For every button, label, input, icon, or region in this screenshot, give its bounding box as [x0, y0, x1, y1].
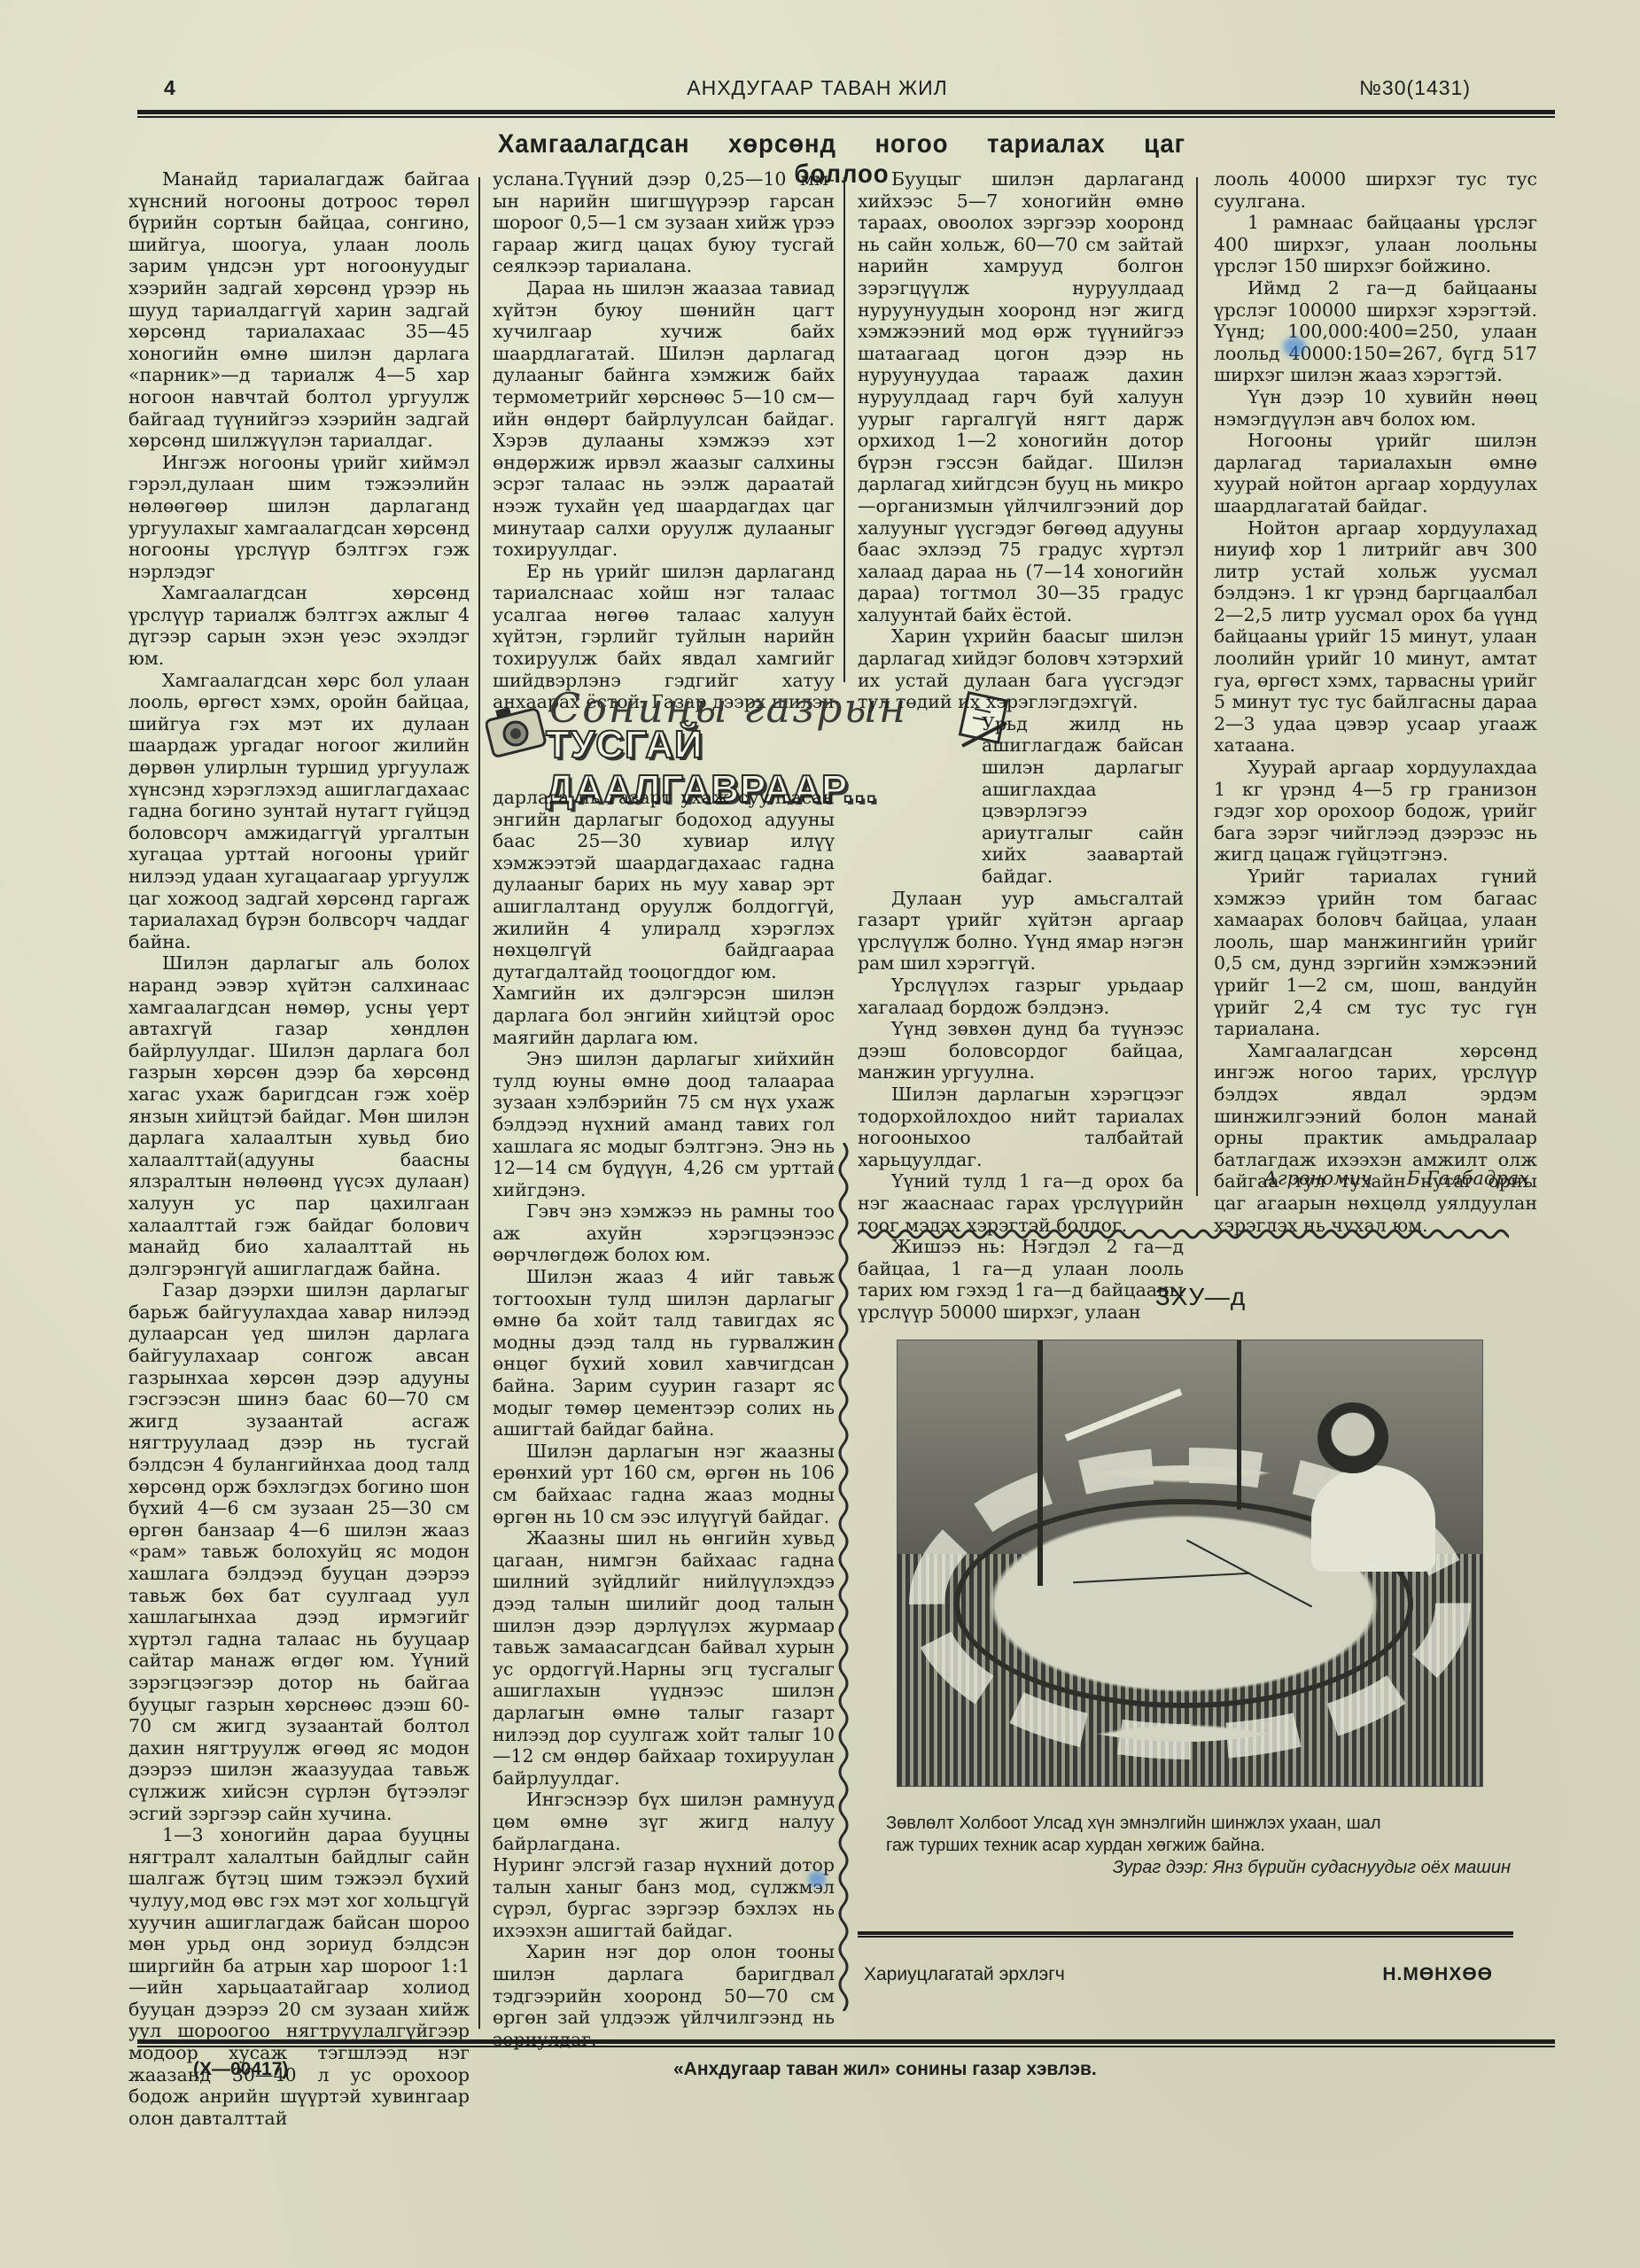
paragraph: Шилэн дарлагын нэг жаазны ерөнхий урт 16… — [493, 1441, 835, 1527]
editor-block: Хариуцлагатай эрхлэгч Н.МӨНХӨӨ — [864, 1964, 1493, 1985]
article-column-2-bottom: дарлага нь газарт ухаж суулгасан энгийн … — [493, 787, 835, 2050]
newspaper-name: АНХДУГААР ТАВАН ЖИЛ — [164, 76, 1471, 100]
ink-stain — [1283, 337, 1306, 356]
caption-line: Зөвлөлт Холбоот Улсад хүн эмнэлгийн шинж… — [886, 1813, 1511, 1835]
editor-name: Н.МӨНХӨӨ — [1382, 1964, 1493, 1985]
paragraph: Хуурай аргаар хордуулахдаа 1 кг үрэнд 4—… — [1214, 757, 1537, 866]
paragraph: Шилэн дарлагын хэрэгцээг тодорхойлохдоо … — [858, 1084, 1184, 1170]
photo-spinning-machine — [897, 1340, 1483, 1787]
paragraph: Гэвч энэ хэмжээ нь рамны тоо аж ахуйн хэ… — [493, 1200, 835, 1266]
editor-label: Хариуцлагатай эрхлэгч — [864, 1964, 1065, 1984]
paragraph: Нойтон аргаар хордуулахад ниуиф хор 1 ли… — [1214, 517, 1537, 757]
wavy-section-divider — [858, 1226, 1509, 1237]
caption-line: гаж турших техник асар хурдан хөгжиж бай… — [886, 1835, 1511, 1857]
paragraph: 1 рамнаас байцааны үрслэг 400 ширхэг, ул… — [1214, 212, 1537, 277]
masthead: 4 АНХДУГААР ТАВАН ЖИЛ №30(1431) — [164, 76, 1471, 106]
newspaper-page: 4 АНХДУГААР ТАВАН ЖИЛ №30(1431) Хамгаала… — [0, 0, 1640, 2268]
author-title: Агрономич — [1263, 1168, 1372, 1189]
paragraph: Харин үхрийн баасыг шилэн дарлагад хийдэ… — [858, 625, 1184, 712]
paragraph: Хамгаалагдсан хөрс бол улаан лооль, өргө… — [128, 670, 470, 953]
author-signature: Агрономич Б.Галбадрах — [1223, 1168, 1542, 1189]
paragraph: Үүн дээр 10 хувийн нөөц нэмэгдүүлэн авч … — [1214, 386, 1537, 430]
paragraph: Үрийг тариалах гүний хэмжээ үрийн том ба… — [1214, 866, 1537, 1040]
editor-rule-top — [858, 1931, 1513, 1938]
paragraph: Харин нэг дор олон тооны шилэн дарлага б… — [493, 1941, 835, 2050]
paragraph: Энэ шилэн дарлагыг хийхийн тулд юуны өмн… — [493, 1048, 835, 1200]
article-column-1: Манайд тариалагдаж байгаа хүнсний ногоон… — [128, 168, 470, 2129]
paragraph: Урьд жилд нь ашиглагдаж байсан шилэн дар… — [858, 713, 1184, 888]
column-divider — [1196, 177, 1198, 1196]
author-name: Б.Галбадрах — [1407, 1168, 1529, 1189]
paragraph: Ингэж ногооны үрийг хиймэл гэрэл,дулаан … — [128, 452, 470, 583]
paragraph: услана.Түүний дээр 0,25—10 мм-ын нарийн … — [493, 168, 835, 277]
issue-number: №30(1431) — [1359, 76, 1471, 100]
paragraph: Газар дээрхи шилэн дарлагыг барьж байгуу… — [128, 1279, 470, 1824]
paragraph: Ногооны үрийг шилэн дарлагад тариалахын … — [1214, 430, 1537, 517]
article-column-2-top: услана.Түүний дээр 0,25—10 мм-ын нарийн … — [493, 168, 835, 713]
article-column-3: Бууцыг шилэн дарлаганд хийхээс 5—7 хоног… — [858, 168, 1184, 1323]
wavy-column-divider — [836, 1143, 851, 2011]
paragraph: Ингэснээр бүх шилэн рамнууд цөм өмнө зүг… — [493, 1789, 835, 1854]
paragraph: Нуринг элсгэй газар нүхний дотор талын х… — [493, 1854, 835, 1941]
paragraph: Хамгаалагдсан хөрсөнд үрслүүр тариалж бэ… — [128, 582, 470, 669]
printed-by: «Анхдугаар таван жил» сонины газар хэвлэ… — [673, 2059, 1097, 2080]
paragraph: Хамгийн их дэлгэрсэн шилэн дарлага бол э… — [493, 983, 835, 1048]
column-divider — [478, 177, 480, 2029]
ink-stain — [808, 1871, 826, 1887]
photo-caption: Зөвлөлт Холбоот Улсад хүн эмнэлгийн шинж… — [886, 1813, 1511, 1879]
paragraph: Хамгаалагдсан хөрсөнд ингэж ногоо тарих,… — [1214, 1040, 1537, 1236]
camera-icon — [486, 703, 549, 762]
paragraph: Жаазны шил нь өнгийн хувьд цагаан, нимгэ… — [493, 1527, 835, 1789]
photo-credit: Зураг дээр: Янз бүрийн судаснуудыг оёх м… — [886, 1857, 1511, 1879]
paragraph: Үүнд зөвхөн дунд ба түүнээс дээш боловсо… — [858, 1018, 1184, 1084]
paragraph: Иймд 2 га—д байцааны үрслэг 100000 ширхэ… — [1214, 277, 1537, 386]
paragraph: Бууцыг шилэн дарлаганд хийхээс 5—7 хоног… — [858, 168, 1184, 625]
paragraph: Шилэн дарлагыг аль болох наранд ээвэр хү… — [128, 952, 470, 1279]
article-column-4: лооль 40000 ширхэг тус тус суулгана. 1 р… — [1214, 168, 1537, 1236]
paragraph: Үрслүүлэх газрыг урьдаар хагалаад бордож… — [858, 975, 1184, 1018]
photo-story-title: ЗХУ—д — [890, 1283, 1511, 1311]
paragraph: Дараа нь шилэн жаазаа тавиад хүйтэн буюу… — [493, 277, 835, 561]
paragraph: Шилэн жааз 4 ийг тавьж тогтоохын тулд ши… — [493, 1266, 835, 1441]
paragraph: лооль 40000 ширхэг тус тус суулгана. — [1214, 168, 1537, 212]
paragraph: Манайд тариалагдаж байгаа хүнсний ногоон… — [128, 168, 470, 452]
footer-rule — [137, 2039, 1555, 2047]
paragraph: дарлага нь газарт ухаж суулгасан энгийн … — [493, 787, 835, 983]
masthead-rule — [137, 110, 1555, 118]
paragraph: 1—3 хоногийн дараа бууцны нягтралт халал… — [128, 1824, 470, 2129]
paragraph: Дулаан уур амьсгалтай газарт үрийг хүйтэ… — [858, 888, 1184, 975]
print-code: (Х—00417) — [193, 2059, 288, 2080]
column-divider — [843, 177, 845, 682]
